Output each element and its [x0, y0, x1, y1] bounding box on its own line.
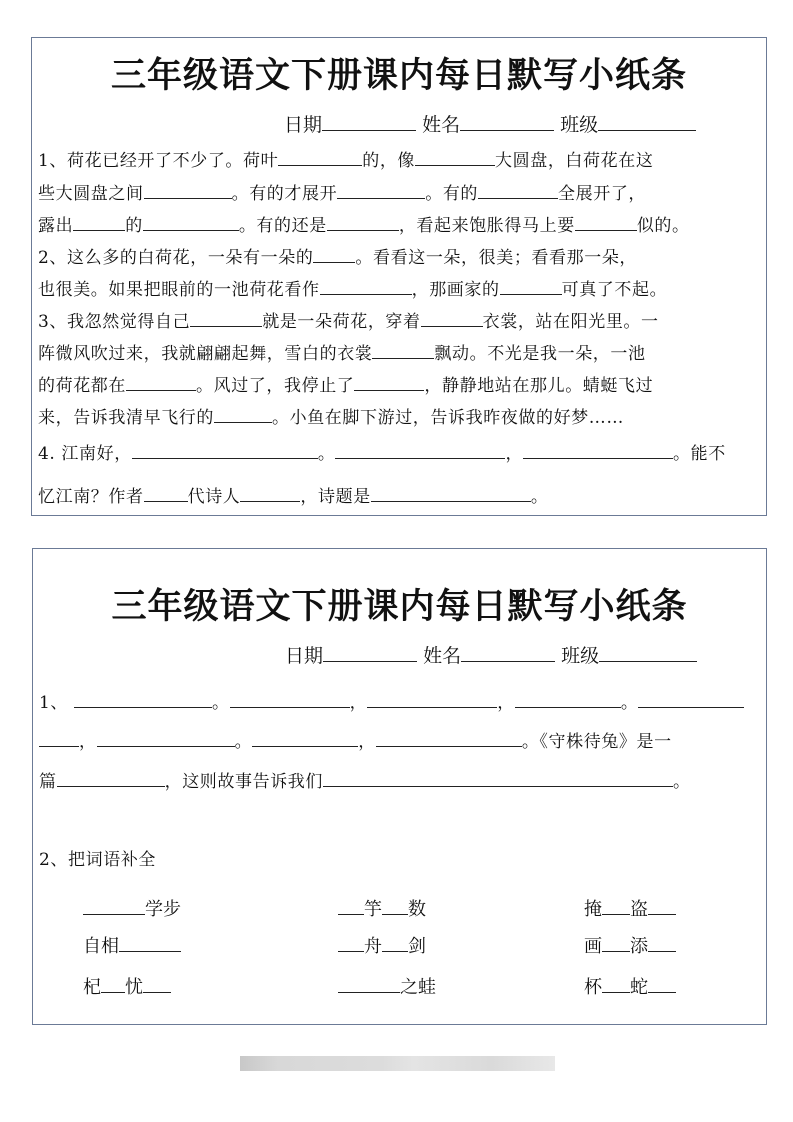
dictation-slip-2: 三年级语文下册课内每日默写小纸条 日期 姓名 班级 1、 。，，。，。，。《守株… — [32, 548, 767, 1025]
text-segment: 忧 — [125, 977, 143, 998]
text-segment: 4. 江南好， — [38, 444, 132, 464]
question-line: 3、我忽然觉得自己就是一朵荷花，穿着衣裳，站在阳光里。一 — [38, 309, 762, 333]
question-line: 阵微风吹过来，我就翩翩起舞，雪白的衣裳飘动。不光是我一朵，一池 — [38, 341, 762, 365]
text-segment: ， — [79, 732, 97, 752]
blank-field[interactable] — [338, 933, 364, 952]
text-segment: 。 — [318, 444, 336, 464]
text-segment: ， — [350, 693, 368, 713]
question-line: 2、这么多的白荷花，一朵有一朵的。看看这一朵，很美；看看那一朵， — [38, 245, 762, 269]
blank-field[interactable] — [73, 213, 125, 231]
blank-field[interactable] — [648, 933, 676, 952]
text-segment: 添 — [630, 936, 648, 957]
blank-field[interactable] — [338, 896, 364, 915]
text-segment: 。 — [531, 487, 549, 507]
text-segment: ， — [497, 693, 515, 713]
blank-field[interactable] — [478, 181, 558, 199]
text-segment: 。小鱼在脚下游过，告诉我昨夜做的好梦…… — [272, 408, 624, 428]
question-line: 忆江南？作者代诗人，诗题是。 — [38, 484, 762, 508]
blank-field[interactable] — [602, 974, 630, 993]
dictation-slip-1: 三年级语文下册课内每日默写小纸条 日期 姓名 班级 1、荷花已经开了不少了。荷叶… — [31, 37, 767, 516]
text-segment: 全展开了， — [558, 184, 646, 204]
blank-field[interactable] — [320, 277, 412, 295]
idiom-item: 学步 — [83, 895, 181, 921]
text-segment: 的荷花都在 — [38, 376, 126, 396]
question-line: 来，告诉我清早飞行的。小鱼在脚下游过，告诉我昨夜做的好梦…… — [38, 405, 762, 429]
text-segment: 。 — [235, 732, 253, 752]
date-label: 日期 — [285, 641, 323, 668]
text-segment: 阵微风吹过来，我就翩翩起舞，雪白的衣裳 — [38, 344, 372, 364]
blank-field[interactable] — [376, 729, 522, 747]
blank-field[interactable] — [144, 484, 188, 502]
text-segment: 露出 — [38, 216, 73, 236]
question-line: 也很美。如果把眼前的一池荷花看作，那画家的可真了不起。 — [38, 277, 762, 301]
blank-field[interactable] — [648, 896, 676, 915]
text-segment: 忆江南？作者 — [38, 487, 144, 507]
blank-field[interactable] — [230, 690, 350, 708]
date-field[interactable] — [323, 642, 417, 662]
class-label: 班级 — [561, 641, 599, 668]
blank-field[interactable] — [335, 441, 505, 459]
idiom-item: 掩盗 — [584, 895, 676, 921]
blank-field[interactable] — [354, 373, 424, 391]
student-info-row: 日期 姓名 班级 — [285, 641, 697, 668]
blurred-watermark — [240, 1056, 555, 1071]
text-segment: 。有的才展开 — [232, 184, 338, 204]
blank-field[interactable] — [575, 213, 637, 231]
question-line: 4. 江南好，。，。能不 — [38, 441, 762, 465]
text-segment: 学步 — [145, 899, 181, 920]
text-segment: 衣裳，站在阳光里。一 — [483, 312, 659, 332]
text-segment: 。 — [621, 693, 639, 713]
blank-field[interactable] — [190, 309, 262, 327]
text-segment: ， — [505, 444, 523, 464]
text-segment: 画 — [584, 936, 602, 957]
text-segment: 大圆盘，白荷花在这 — [495, 151, 653, 171]
blank-field[interactable] — [415, 148, 495, 166]
blank-field[interactable] — [500, 277, 562, 295]
blank-field[interactable] — [101, 974, 125, 993]
text-segment: 。能不 — [673, 444, 726, 464]
idiom-item: 杯蛇 — [584, 973, 676, 999]
text-segment: ，诗题是 — [300, 487, 370, 507]
text-segment: 飘动。不光是我一朵，一池 — [434, 344, 645, 364]
text-segment: 可真了不起。 — [562, 280, 668, 300]
blank-field[interactable] — [252, 729, 358, 747]
class-field[interactable] — [599, 642, 697, 662]
text-segment: ，那画家的 — [412, 280, 500, 300]
date-field[interactable] — [322, 111, 416, 131]
question-line: 些大圆盘之间。有的才展开。有的全展开了， — [38, 181, 762, 205]
text-segment: ， — [358, 732, 376, 752]
text-segment: 。看看这一朵，很美；看看那一朵， — [355, 248, 637, 268]
text-segment: 。有的 — [425, 184, 478, 204]
question-line: 篇，这则故事告诉我们。 — [39, 769, 762, 793]
text-segment: 代诗人 — [188, 487, 241, 507]
text-segment: 盗 — [630, 899, 648, 920]
text-segment: 。 — [212, 693, 230, 713]
text-segment: ，这则故事告诉我们 — [165, 772, 323, 792]
question-line: 的荷花都在。风过了，我停止了，静静地站在那儿。蜻蜓飞过 — [38, 373, 762, 397]
text-segment: 掩 — [584, 899, 602, 920]
blank-field[interactable] — [338, 974, 400, 993]
idiom-item: 画添 — [584, 932, 676, 958]
blank-field[interactable] — [119, 933, 181, 952]
text-segment: ，看起来饱胀得马上要 — [399, 216, 575, 236]
blank-field[interactable] — [638, 690, 744, 708]
class-label: 班级 — [560, 110, 598, 137]
idiom-item: 杞忧 — [83, 973, 171, 999]
name-label: 姓名 — [423, 641, 461, 668]
text-segment: 数 — [408, 899, 426, 920]
blank-field[interactable] — [648, 974, 676, 993]
idiom-item: 舟剑 — [338, 932, 426, 958]
text-segment: 3、我忽然觉得自己 — [38, 312, 190, 332]
blank-field[interactable] — [337, 181, 425, 199]
blank-field[interactable] — [327, 213, 399, 231]
text-segment: 剑 — [408, 936, 426, 957]
name-field[interactable] — [460, 111, 554, 131]
text-segment: 杞 — [83, 977, 101, 998]
text-segment: 来，告诉我清早飞行的 — [38, 408, 214, 428]
text-segment: 的 — [125, 216, 143, 236]
blank-field[interactable] — [39, 729, 79, 747]
idiom-item: 之蛙 — [338, 973, 436, 999]
blank-field[interactable] — [143, 213, 239, 231]
text-segment: 似的。 — [637, 216, 690, 236]
section-2-title: 2、把词语补全 — [39, 849, 762, 871]
idiom-item: 自相 — [83, 932, 181, 958]
blank-field[interactable] — [602, 933, 630, 952]
blank-field[interactable] — [143, 974, 171, 993]
question-line: 露出的。有的还是，看起来饱胀得马上要似的。 — [38, 213, 762, 237]
blank-field[interactable] — [74, 690, 212, 708]
blank-field[interactable] — [367, 690, 497, 708]
blank-field[interactable] — [126, 373, 196, 391]
blank-field[interactable] — [83, 896, 145, 915]
text-segment: 。 — [673, 772, 691, 792]
blank-field[interactable] — [97, 729, 235, 747]
text-segment: 杯 — [584, 977, 602, 998]
question-line: 1、 。，，。 — [39, 690, 762, 714]
text-segment: 1、 — [39, 693, 74, 713]
date-label: 日期 — [284, 110, 322, 137]
question-line: ，。，。《守株待兔》是一 — [39, 729, 762, 753]
text-segment: 的，像 — [362, 151, 415, 171]
question-line: 1、荷花已经开了不少了。荷叶的，像大圆盘，白荷花在这 — [38, 148, 762, 172]
text-segment: 。有的还是 — [239, 216, 327, 236]
student-info-row: 日期 姓名 班级 — [284, 110, 696, 137]
name-field[interactable] — [461, 642, 555, 662]
blank-field[interactable] — [371, 484, 531, 502]
idiom-item: 竽数 — [338, 895, 426, 921]
text-segment: 也很美。如果把眼前的一池荷花看作 — [38, 280, 320, 300]
text-segment: 蛇 — [630, 977, 648, 998]
text-segment: ，静静地站在那儿。蜻蜓飞过 — [424, 376, 653, 396]
text-segment: 些大圆盘之间 — [38, 184, 144, 204]
text-segment: 自相 — [83, 936, 119, 957]
blank-field[interactable] — [57, 769, 165, 787]
blank-field[interactable] — [313, 245, 355, 263]
blank-field[interactable] — [214, 405, 272, 423]
blank-field[interactable] — [382, 933, 408, 952]
text-segment: 就是一朵荷花，穿着 — [262, 312, 420, 332]
text-segment: 。风过了，我停止了 — [196, 376, 354, 396]
text-segment: 。《守株待兔》是一 — [522, 732, 672, 752]
text-segment: 2、这么多的白荷花，一朵有一朵的 — [38, 248, 313, 268]
class-field[interactable] — [598, 111, 696, 131]
blank-field[interactable] — [372, 341, 434, 359]
slip-title: 三年级语文下册课内每日默写小纸条 — [32, 48, 766, 98]
text-segment: 1、荷花已经开了不少了。荷叶 — [38, 151, 278, 171]
blank-field[interactable] — [382, 896, 408, 915]
slip-title: 三年级语文下册课内每日默写小纸条 — [33, 579, 766, 629]
blank-field[interactable] — [323, 769, 673, 787]
blank-field[interactable] — [602, 896, 630, 915]
blank-field[interactable] — [278, 148, 362, 166]
blank-field[interactable] — [421, 309, 483, 327]
text-segment: 篇 — [39, 772, 57, 792]
text-segment: 竽 — [364, 899, 382, 920]
blank-field[interactable] — [523, 441, 673, 459]
text-segment: 之蛙 — [400, 977, 436, 998]
blank-field[interactable] — [132, 441, 318, 459]
blank-field[interactable] — [240, 484, 300, 502]
blank-field[interactable] — [515, 690, 621, 708]
text-segment: 舟 — [364, 936, 382, 957]
blank-field[interactable] — [144, 181, 232, 199]
name-label: 姓名 — [422, 110, 460, 137]
